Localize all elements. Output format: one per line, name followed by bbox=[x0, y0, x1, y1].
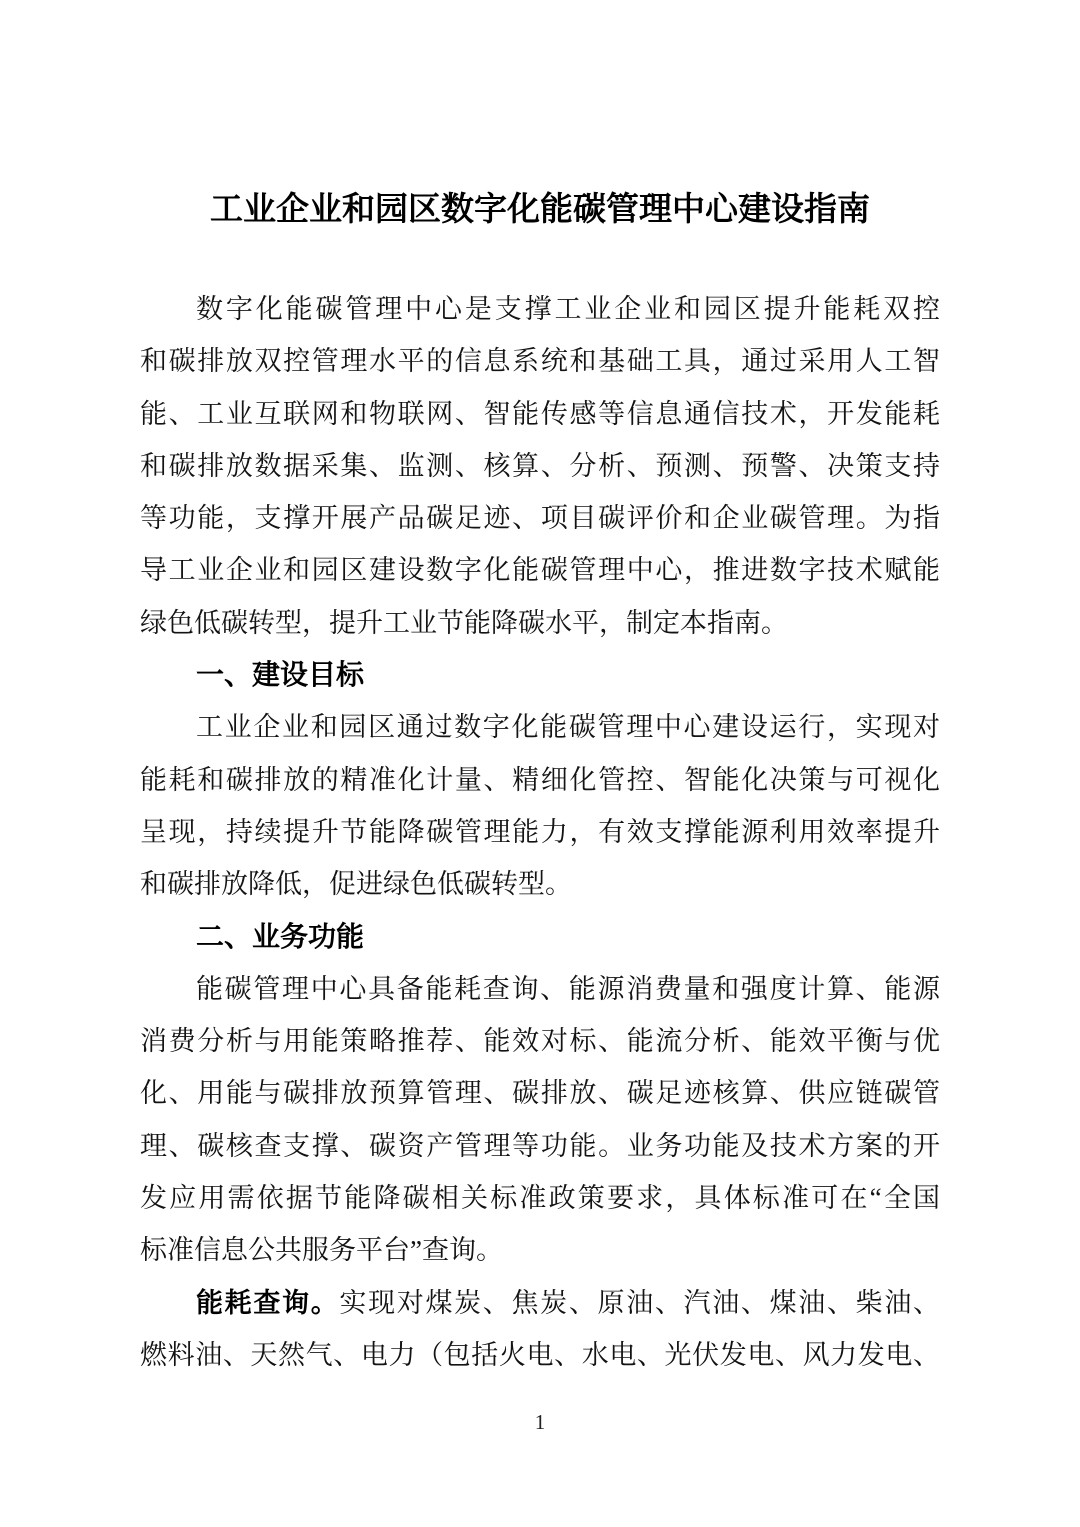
text-line: 工业企业和园区通过数字化能碳管理中心建设运行，实现对 bbox=[140, 701, 940, 753]
text-line: 能耗查询。实现对煤炭、焦炭、原油、汽油、煤油、柴油、 bbox=[140, 1277, 940, 1329]
paragraph-goals: 工业企业和园区通过数字化能碳管理中心建设运行，实现对 能耗和碳排放的精准化计量、… bbox=[140, 701, 940, 910]
paragraph-lead-bold: 能耗查询。 bbox=[196, 1288, 339, 1318]
paragraph-functions: 能碳管理中心具备能耗查询、能源消费量和强度计算、能源 消费分析与用能策略推荐、能… bbox=[140, 963, 940, 1277]
text-line: 数字化能碳管理中心是支撑工业企业和园区提升能耗双控 bbox=[140, 283, 940, 335]
text-line: 能碳管理中心具备能耗查询、能源消费量和强度计算、能源 bbox=[140, 963, 940, 1015]
page-number: 1 bbox=[0, 1408, 1080, 1436]
paragraph-intro: 数字化能碳管理中心是支撑工业企业和园区提升能耗双控 和碳排放双控管理水平的信息系… bbox=[140, 283, 940, 649]
text-line: 和碳排放降低，促进绿色低碳转型。 bbox=[140, 858, 940, 910]
text-line: 导工业企业和园区建设数字化能碳管理中心，推进数字技术赋能 bbox=[140, 544, 940, 596]
section-heading-functions: 二、业务功能 bbox=[140, 911, 940, 963]
text-line: 和碳排放数据采集、监测、核算、分析、预测、预警、决策支持 bbox=[140, 440, 940, 492]
page-title: 工业企业和园区数字化能碳管理中心建设指南 bbox=[140, 186, 940, 234]
text-line: 消费分析与用能策略推荐、能效对标、能流分析、能效平衡与优 bbox=[140, 1015, 940, 1067]
text-line: 发应用需依据节能降碳相关标准政策要求，具体标准可在“全国 bbox=[140, 1172, 940, 1224]
document-body: 数字化能碳管理中心是支撑工业企业和园区提升能耗双控 和碳排放双控管理水平的信息系… bbox=[140, 283, 940, 1381]
text-line: 标准信息公共服务平台”查询。 bbox=[140, 1224, 940, 1276]
text-line: 能耗和碳排放的精准化计量、精细化管控、智能化决策与可视化 bbox=[140, 754, 940, 806]
text-line: 等功能，支撑开展产品碳足迹、项目碳评价和企业碳管理。为指 bbox=[140, 492, 940, 544]
section-heading-goals: 一、建设目标 bbox=[140, 649, 940, 701]
text-line: 绿色低碳转型，提升工业节能降碳水平，制定本指南。 bbox=[140, 597, 940, 649]
text-line: 呈现，持续提升节能降碳管理能力，有效支撑能源利用效率提升 bbox=[140, 806, 940, 858]
text-column: 工业企业和园区数字化能碳管理中心建设指南 数字化能碳管理中心是支撑工业企业和园区… bbox=[140, 0, 940, 1381]
text-line: 和碳排放双控管理水平的信息系统和基础工具，通过采用人工智 bbox=[140, 335, 940, 387]
text-span: 实现对煤炭、焦炭、原油、汽油、煤油、柴油、 bbox=[339, 1288, 940, 1318]
text-line: 燃料油、天然气、电力（包括火电、水电、光伏发电、风力发电、 bbox=[140, 1329, 940, 1381]
paragraph-energy-query: 能耗查询。实现对煤炭、焦炭、原油、汽油、煤油、柴油、 燃料油、天然气、电力（包括… bbox=[140, 1277, 940, 1382]
document-page: 工业企业和园区数字化能碳管理中心建设指南 数字化能碳管理中心是支撑工业企业和园区… bbox=[0, 0, 1080, 1527]
text-line: 理、碳核查支撑、碳资产管理等功能。业务功能及技术方案的开 bbox=[140, 1120, 940, 1172]
text-line: 化、用能与碳排放预算管理、碳排放、碳足迹核算、供应链碳管 bbox=[140, 1067, 940, 1119]
text-line: 能、工业互联网和物联网、智能传感等信息通信技术，开发能耗 bbox=[140, 388, 940, 440]
